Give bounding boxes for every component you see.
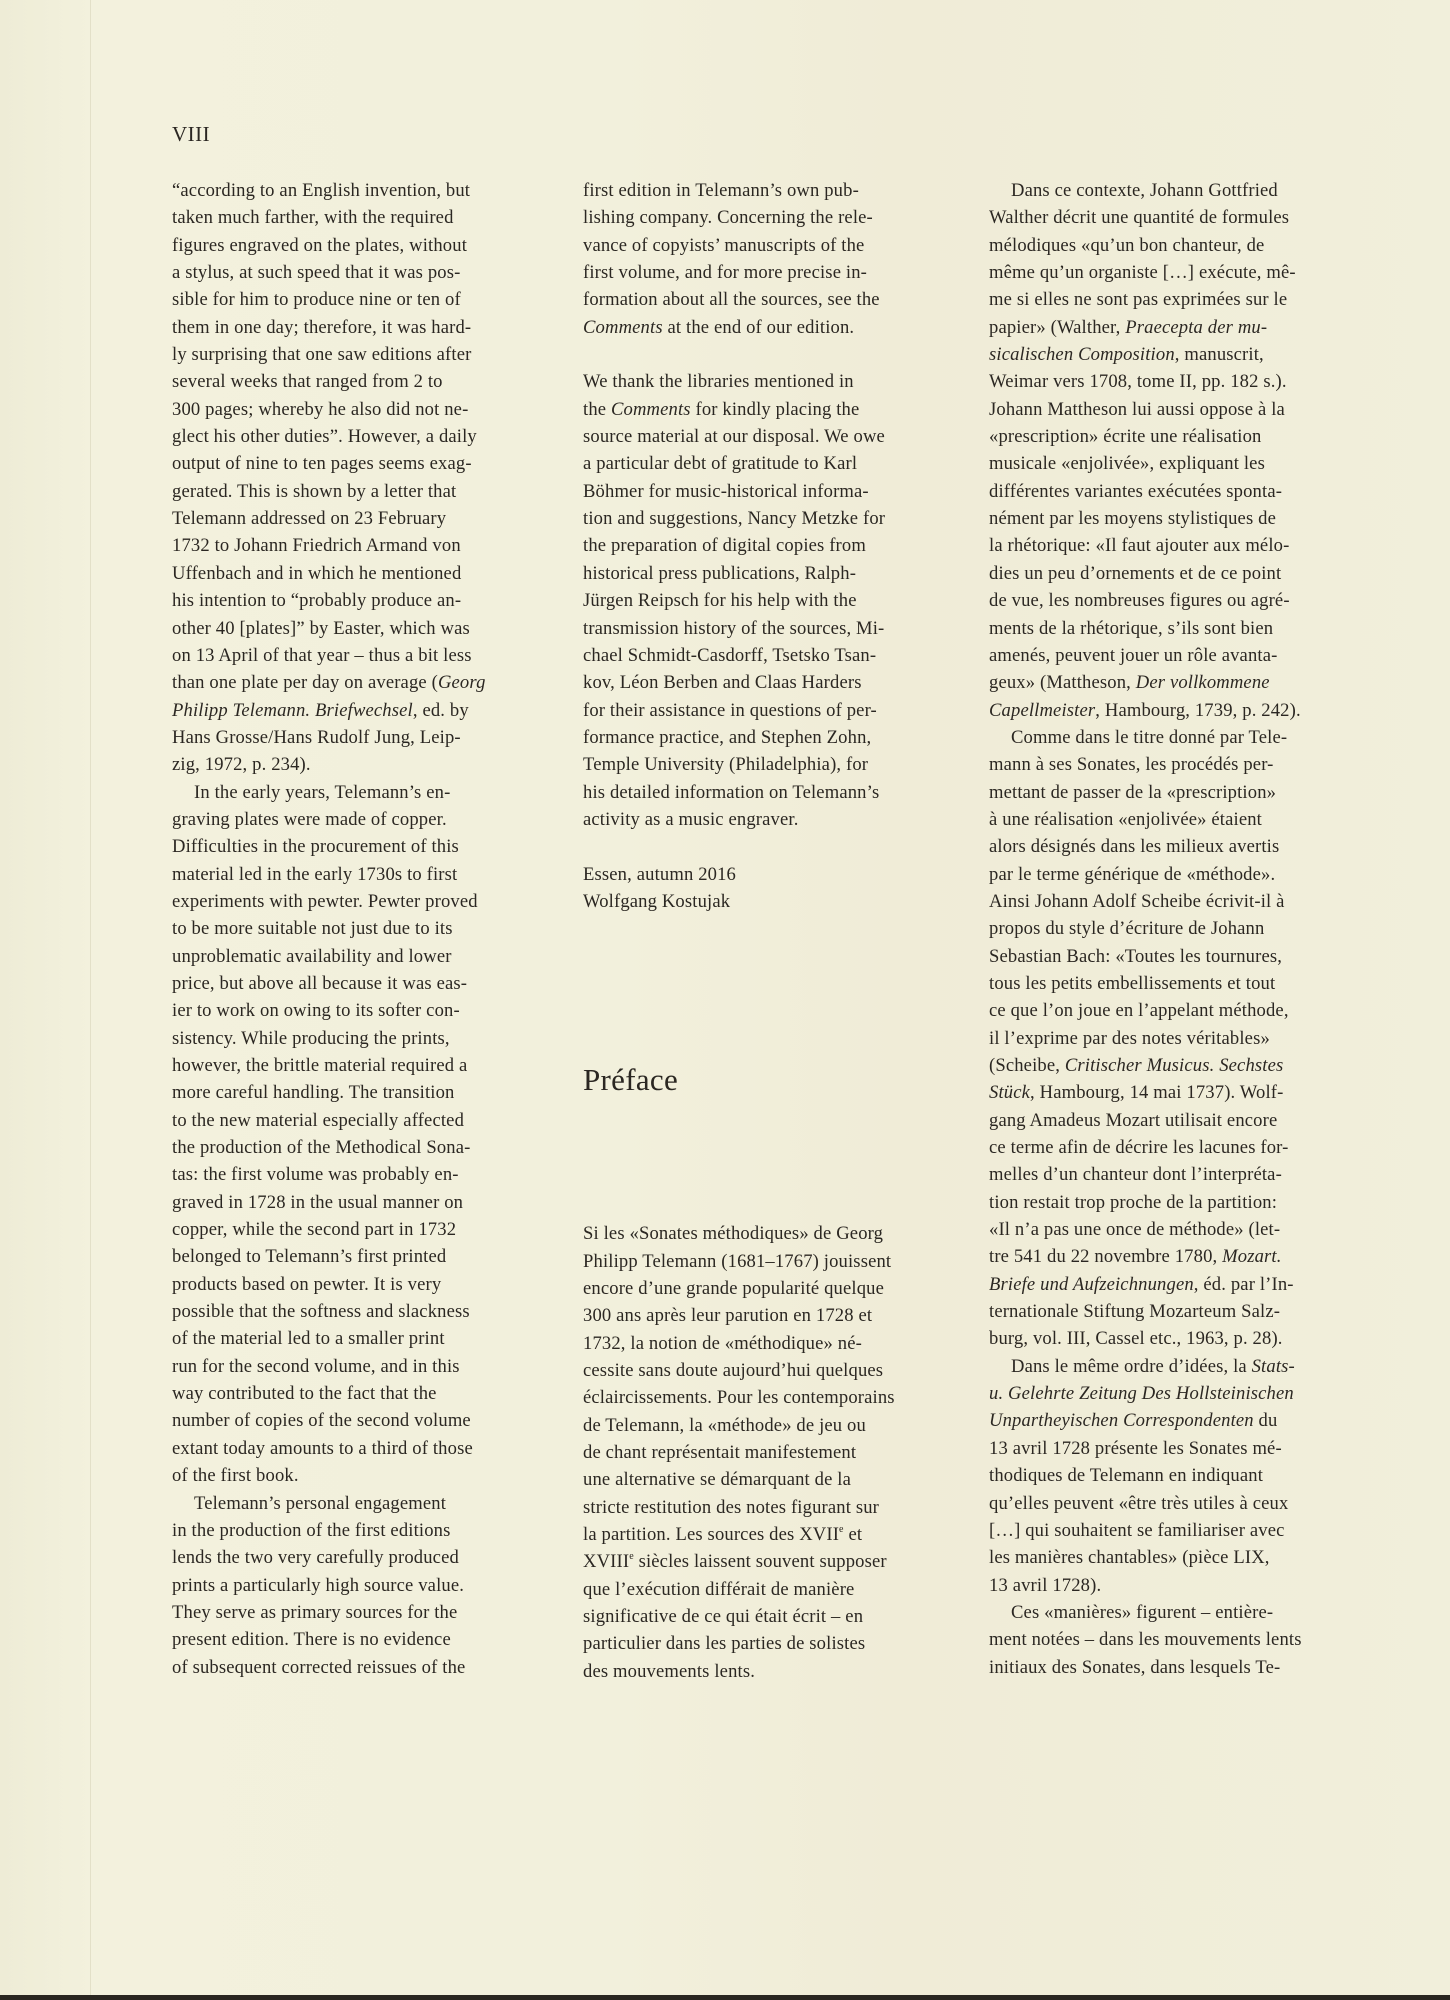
text-line: output of nine to ten pages seems exag- <box>172 450 552 477</box>
text-line: present edition. There is no evidence <box>172 1626 552 1653</box>
text-line: lends the two very carefully produced <box>172 1544 552 1571</box>
text-line: other 40 [plates]” by Easter, which was <box>172 615 552 642</box>
column-french-right: Dans ce contexte, Johann Gottfried Walth… <box>989 177 1369 1681</box>
section-gap <box>583 1100 963 1220</box>
text-line: more careful handling. The transition <box>172 1079 552 1106</box>
text-run: XVIII <box>583 1551 629 1572</box>
italic-citation: sicalischen Composition <box>989 344 1175 365</box>
text-line: alors désignés dans les milieux avertis <box>989 833 1369 860</box>
text-line: historical press publications, Ralph- <box>583 560 963 587</box>
text-line: Ainsi Johann Adolf Scheibe écrivit-il à <box>989 888 1369 915</box>
text-line: thodiques de Telemann en indiquant <box>989 1462 1369 1489</box>
text-line: them in one day; therefore, it was hard- <box>172 314 552 341</box>
text-line: significative de ce qui était écrit – en <box>583 1603 963 1630</box>
text-line: geux» (Mattheson, Der vollkommene <box>989 669 1369 696</box>
text-run: than one plate per day on average ( <box>172 672 438 693</box>
paragraph-gap <box>583 341 963 368</box>
italic-citation: Praecepta der mu- <box>1125 317 1267 338</box>
text-line: figures engraved on the plates, without <box>172 232 552 259</box>
text-line: «Il n’a pas une once de méthode» (let- <box>989 1216 1369 1243</box>
italic-citation: Unpartheyischen Correspondenten <box>989 1410 1254 1431</box>
column-english-left: “according to an English invention, but … <box>172 177 552 1681</box>
text-line: de Telemann, la «méthode» de jeu ou <box>583 1412 963 1439</box>
text-line: u. Gelehrte Zeitung Des Hollsteinischen <box>989 1380 1369 1407</box>
text-line: Dans ce contexte, Johann Gottfried <box>989 177 1369 204</box>
text-line: gang Amadeus Mozart utilisait encore <box>989 1107 1369 1134</box>
text-line: 1732 to Johann Friedrich Armand von <box>172 532 552 559</box>
text-line: ments de la rhétorique, s’ils sont bien <box>989 615 1369 642</box>
text-run: papier» (Walther, <box>989 317 1125 338</box>
text-line: mettant de passer de la «prescription» <box>989 779 1369 806</box>
text-line: me si elles ne sont pas exprimées sur le <box>989 286 1369 313</box>
text-line: several weeks that ranged from 2 to <box>172 368 552 395</box>
text-line: il l’exprime par des notes véritables» <box>989 1025 1369 1052</box>
page-fold-line <box>90 0 91 1995</box>
text-line: the Comments for kindly placing the <box>583 396 963 423</box>
text-line: amenés, peuvent jouer un rôle avanta- <box>989 642 1369 669</box>
text-line: his intention to “probably produce an- <box>172 587 552 614</box>
text-line: to the new material especially affected <box>172 1107 552 1134</box>
text-line: formation about all the sources, see the <box>583 286 963 313</box>
text-line: sicalischen Composition, manuscrit, <box>989 341 1369 368</box>
column-middle: first edition in Telemann’s own pub- lis… <box>583 177 963 1685</box>
text-run: , ed. by <box>413 700 469 721</box>
italic-citation: Capellmeister <box>989 700 1095 721</box>
text-line: Hans Grosse/Hans Rudolf Jung, Leip- <box>172 724 552 751</box>
text-line: Comments at the end of our edition. <box>583 314 963 341</box>
italic-citation: Der vollkommene <box>1136 672 1270 693</box>
text-run: , manuscrit, <box>1175 344 1264 365</box>
text-run: du <box>1254 1410 1278 1431</box>
text-line: 300 ans après leur parution en 1728 et <box>583 1302 963 1329</box>
text-line: Ces «manières» figurent – entière- <box>989 1599 1369 1626</box>
text-line: ly surprising that one saw editions afte… <box>172 341 552 368</box>
text-line: chael Schmidt-Casdorff, Tsetsko Tsan- <box>583 642 963 669</box>
text-line: possible that the softness and slackness <box>172 1298 552 1325</box>
text-line: first edition in Telemann’s own pub- <box>583 177 963 204</box>
text-line: dies un peu d’ornements et de ce point <box>989 560 1369 587</box>
text-line: gerated. This is shown by a letter that <box>172 478 552 505</box>
section-heading-preface: Préface <box>583 1060 963 1100</box>
text-line: initiaux des Sonates, dans lesquels Te- <box>989 1654 1369 1681</box>
text-line: même qu’un organiste […] exécute, mê- <box>989 259 1369 286</box>
paragraph-gap <box>583 833 963 860</box>
text-run: siècles laissent souvent supposer <box>634 1551 887 1572</box>
text-line: par le terme générique de «méthode». <box>989 861 1369 888</box>
text-run: (Scheibe, <box>989 1055 1065 1076</box>
text-line: of the first book. <box>172 1462 552 1489</box>
text-line: Weimar vers 1708, tome II, pp. 182 s.). <box>989 368 1369 395</box>
text-line: Difficulties in the procurement of this <box>172 833 552 860</box>
italic-citation: Stück <box>989 1082 1030 1103</box>
text-line: the production of the Methodical Sona- <box>172 1134 552 1161</box>
text-line: transmission history of the sources, Mi- <box>583 615 963 642</box>
text-line: formance practice, and Stephen Zohn, <box>583 724 963 751</box>
text-line: Comme dans le titre donné par Tele- <box>989 724 1369 751</box>
text-line: number of copies of the second volume <box>172 1407 552 1434</box>
text-line: tion restait trop proche de la partition… <box>989 1189 1369 1216</box>
text-run: la partition. Les sources des XVII <box>583 1524 839 1545</box>
text-line: différentes variantes exécutées sponta- <box>989 478 1369 505</box>
text-line: zig, 1972, p. 234). <box>172 751 552 778</box>
text-line: way contributed to the fact that the <box>172 1380 552 1407</box>
text-line: mann à ses Sonates, les procédés per- <box>989 751 1369 778</box>
text-line: Sebastian Bach: «Toutes les tournures, <box>989 943 1369 970</box>
text-line: prints a particularly high source value. <box>172 1572 552 1599</box>
text-run: Dans le même ordre d’idées, la <box>1011 1356 1252 1377</box>
text-line: propos du style d’écriture de Johann <box>989 915 1369 942</box>
text-line: […] qui souhaitent se familiariser avec <box>989 1517 1369 1544</box>
text-line: Stück, Hambourg, 14 mai 1737). Wolf- <box>989 1079 1369 1106</box>
text-line: sistency. While producing the prints, <box>172 1025 552 1052</box>
text-line: unproblematic availability and lower <box>172 943 552 970</box>
italic-citation: Comments <box>583 317 663 338</box>
text-line: nément par les moyens stylistiques de <box>989 505 1369 532</box>
text-line: of the material led to a smaller print <box>172 1325 552 1352</box>
text-line: Uffenbach and in which he mentioned <box>172 560 552 587</box>
text-line: graved in 1728 in the usual manner on <box>172 1189 552 1216</box>
text-line: copper, while the second part in 1732 <box>172 1216 552 1243</box>
text-line: Jürgen Reipsch for his help with the <box>583 587 963 614</box>
text-line: belonged to Telemann’s first printed <box>172 1243 552 1270</box>
text-line: encore d’une grande popularité quelque <box>583 1275 963 1302</box>
italic-citation: Critischer Musicus. Sechstes <box>1065 1055 1284 1076</box>
text-run: , Hambourg, 1739, p. 242). <box>1095 700 1301 721</box>
text-line: graving plates were made of copper. <box>172 806 552 833</box>
text-line: 300 pages; whereby he also did not ne- <box>172 396 552 423</box>
italic-citation: Mozart. <box>1222 1246 1281 1267</box>
text-line: «prescription» écrite une réalisation <box>989 423 1369 450</box>
text-line: price, but above all because it was eas- <box>172 970 552 997</box>
text-line: however, the brittle material required a <box>172 1052 552 1079</box>
text-line: de vue, les nombreuses figures ou agré- <box>989 587 1369 614</box>
text-line: run for the second volume, and in this <box>172 1353 552 1380</box>
text-line: They serve as primary sources for the <box>172 1599 552 1626</box>
text-line: activity as a music engraver. <box>583 806 963 833</box>
text-line: experiments with pewter. Pewter proved <box>172 888 552 915</box>
text-run: , Hambourg, 14 mai 1737). Wolf- <box>1030 1082 1283 1103</box>
text-line: Walther décrit une quantité de formules <box>989 204 1369 231</box>
text-line: burg, vol. III, Cassel etc., 1963, p. 28… <box>989 1325 1369 1352</box>
italic-citation: Stats- <box>1252 1356 1295 1377</box>
italic-citation: u. Gelehrte Zeitung Des Hollsteinischen <box>989 1383 1294 1404</box>
text-line: (Scheibe, Critischer Musicus. Sechstes <box>989 1052 1369 1079</box>
text-line: lishing company. Concerning the rele- <box>583 204 963 231</box>
text-line: Telemann addressed on 23 February <box>172 505 552 532</box>
text-run: geux» (Mattheson, <box>989 672 1136 693</box>
text-run: at the end of our edition. <box>663 317 855 338</box>
text-line: des mouvements lents. <box>583 1658 963 1685</box>
text-line: tas: the first volume was probably en- <box>172 1161 552 1188</box>
page-bottom-edge <box>0 1995 1450 2000</box>
text-line: de chant représentait manifestement <box>583 1439 963 1466</box>
text-line: Philipp Telemann. Briefwechsel, ed. by <box>172 697 552 724</box>
text-line: Dans le même ordre d’idées, la Stats- <box>989 1353 1369 1380</box>
text-line: Unpartheyischen Correspondenten du <box>989 1407 1369 1434</box>
text-line: kov, Léon Berben and Claas Harders <box>583 669 963 696</box>
text-line: first volume, and for more precise in- <box>583 259 963 286</box>
text-line: la rhétorique: «Il faut ajouter aux mélo… <box>989 532 1369 559</box>
text-line: We thank the libraries mentioned in <box>583 368 963 395</box>
text-line: stricte restitution des notes figurant s… <box>583 1494 963 1521</box>
italic-citation: Philipp Telemann. Briefwechsel <box>172 700 413 721</box>
text-line: la partition. Les sources des XVIIe et <box>583 1521 963 1548</box>
text-line: in the production of the first editions <box>172 1517 552 1544</box>
text-line: particulier dans les parties de solistes <box>583 1630 963 1657</box>
text-run: et <box>844 1524 863 1545</box>
text-line: ier to work on owing to its softer con- <box>172 997 552 1024</box>
text-line: products based on pewter. It is very <box>172 1271 552 1298</box>
text-run: the <box>583 399 611 420</box>
text-line: In the early years, Telemann’s en- <box>172 779 552 806</box>
italic-citation: Briefe und Aufzeichnungen <box>989 1274 1194 1295</box>
text-line: ce terme afin de décrire les lacunes for… <box>989 1134 1369 1161</box>
italic-citation: Georg <box>438 672 486 693</box>
signature-author: Wolfgang Kostujak <box>583 888 963 915</box>
text-line: Capellmeister, Hambourg, 1739, p. 242). <box>989 697 1369 724</box>
text-line: vance of copyists’ manuscripts of the <box>583 232 963 259</box>
text-line: qu’elles peuvent «être très utiles à ceu… <box>989 1490 1369 1517</box>
text-line: 1732, la notion de «méthodique» né- <box>583 1330 963 1357</box>
text-line: tion and suggestions, Nancy Metzke for <box>583 505 963 532</box>
text-line: sible for him to produce nine or ten of <box>172 286 552 313</box>
book-page: VIII “according to an English invention,… <box>0 0 1450 2000</box>
text-line: source material at our disposal. We owe <box>583 423 963 450</box>
text-line: 13 avril 1728 présente les Sonates mé- <box>989 1435 1369 1462</box>
text-line: than one plate per day on average (Georg <box>172 669 552 696</box>
signature-place-date: Essen, autumn 2016 <box>583 861 963 888</box>
text-line: ce que l’on joue en l’appelant méthode, <box>989 997 1369 1024</box>
text-run: , éd. par l’In- <box>1194 1274 1294 1295</box>
text-line: Philipp Telemann (1681–1767) jouissent <box>583 1248 963 1275</box>
text-line: to be more suitable not just due to its <box>172 915 552 942</box>
text-line: cessite sans doute aujourd’hui quelques <box>583 1357 963 1384</box>
italic-citation: Comments <box>611 399 691 420</box>
text-line: que l’exécution différait de manière <box>583 1576 963 1603</box>
text-line: taken much farther, with the required <box>172 204 552 231</box>
text-line: éclaircissements. Pour les contemporains <box>583 1384 963 1411</box>
text-line: “according to an English invention, but <box>172 177 552 204</box>
text-line: 13 avril 1728). <box>989 1572 1369 1599</box>
text-line: glect his other duties”. However, a dail… <box>172 423 552 450</box>
text-line: Si les «Sonates méthodiques» de Georg <box>583 1220 963 1247</box>
text-line: tous les petits embellissements et tout <box>989 970 1369 997</box>
text-line: Telemann’s personal engagement <box>172 1490 552 1517</box>
text-line: Böhmer for music-historical informa- <box>583 478 963 505</box>
text-line: les manières chantables» (pièce LIX, <box>989 1544 1369 1571</box>
text-line: papier» (Walther, Praecepta der mu- <box>989 314 1369 341</box>
text-line: ment notées – dans les mouvements lents <box>989 1626 1369 1653</box>
text-run: for kindly placing the <box>691 399 860 420</box>
text-line: extant today amounts to a third of those <box>172 1435 552 1462</box>
text-line: material led in the early 1730s to first <box>172 861 552 888</box>
text-line: for their assistance in questions of per… <box>583 697 963 724</box>
text-line: a stylus, at such speed that it was pos- <box>172 259 552 286</box>
page-number: VIII <box>172 122 210 147</box>
text-line: his detailed information on Telemann’s <box>583 779 963 806</box>
text-line: melles d’un chanteur dont l’interpréta- <box>989 1161 1369 1188</box>
text-line: tre 541 du 22 novembre 1780, Mozart. <box>989 1243 1369 1270</box>
text-line: a particular debt of gratitude to Karl <box>583 450 963 477</box>
text-line: musicale «enjolivée», expliquant les <box>989 450 1369 477</box>
section-gap <box>583 915 963 1060</box>
text-line: une alternative se démarquant de la <box>583 1466 963 1493</box>
text-run: tre 541 du 22 novembre 1780, <box>989 1246 1222 1267</box>
text-line: mélodiques «qu’un bon chanteur, de <box>989 232 1369 259</box>
text-line: ternationale Stiftung Mozarteum Salz- <box>989 1298 1369 1325</box>
text-line: on 13 April of that year – thus a bit le… <box>172 642 552 669</box>
text-line: à une réalisation «enjolivée» étaient <box>989 806 1369 833</box>
text-line: XVIIIe siècles laissent souvent supposer <box>583 1548 963 1575</box>
text-line: Johann Mattheson lui aussi oppose à la <box>989 396 1369 423</box>
text-line: Briefe und Aufzeichnungen, éd. par l’In- <box>989 1271 1369 1298</box>
text-line: of subsequent corrected reissues of the <box>172 1654 552 1681</box>
text-line: Temple University (Philadelphia), for <box>583 751 963 778</box>
text-line: the preparation of digital copies from <box>583 532 963 559</box>
